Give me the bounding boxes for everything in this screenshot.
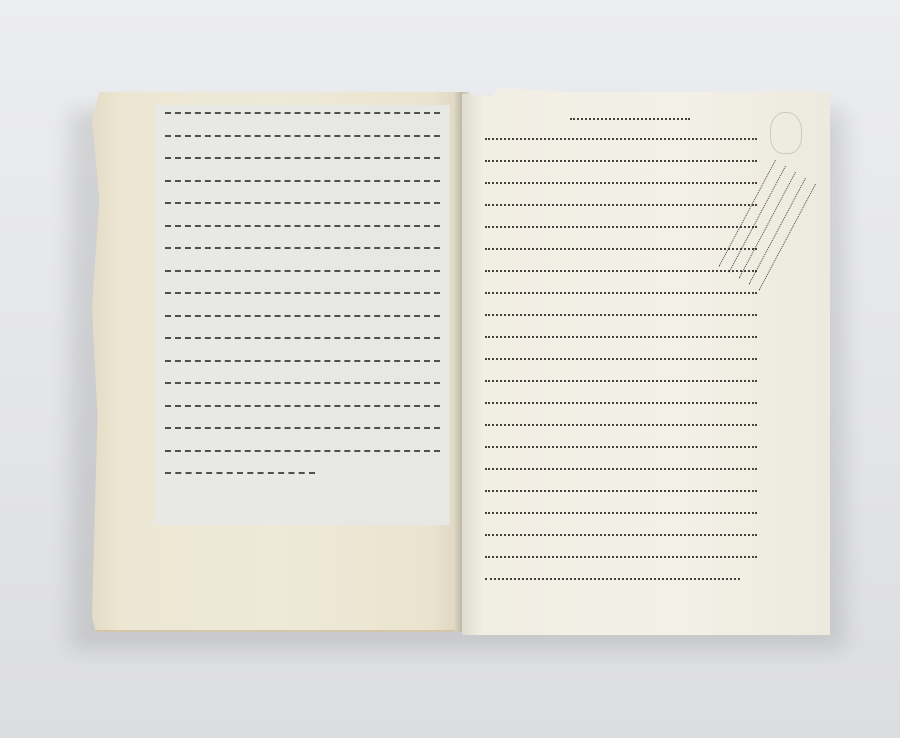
handwriting-line <box>485 270 757 274</box>
handwriting-line <box>485 380 757 384</box>
handwriting-line <box>485 314 757 318</box>
handwriting-line <box>485 138 757 142</box>
handwriting-line <box>485 468 757 472</box>
handwriting-line <box>165 292 440 296</box>
handwriting-line <box>165 472 315 476</box>
handwriting-line <box>485 402 757 406</box>
handwriting-line <box>165 450 440 454</box>
handwriting-line <box>485 556 757 560</box>
handwriting-line <box>485 182 757 186</box>
handwriting-line <box>165 337 440 341</box>
handwriting-line <box>485 292 757 296</box>
handwriting-line <box>165 360 440 364</box>
handwriting-line <box>485 424 757 428</box>
handwriting-line <box>165 270 440 274</box>
handwriting-line <box>165 202 440 206</box>
handwriting-line <box>485 248 757 252</box>
handwriting-line <box>485 336 757 340</box>
handwriting-line <box>165 157 440 161</box>
handwriting-line <box>485 226 757 230</box>
handwriting-line <box>485 512 757 516</box>
heading-line <box>570 118 690 122</box>
handwriting-line <box>165 135 440 139</box>
margin-annotation <box>770 150 840 300</box>
handwriting-line <box>165 427 440 431</box>
handwriting-line <box>165 382 440 386</box>
handwriting-line <box>485 160 757 164</box>
handwriting-line <box>165 247 440 251</box>
handwriting-line <box>165 315 440 319</box>
handwriting-line <box>485 534 757 538</box>
handwriting-line <box>485 578 740 582</box>
handwriting-line <box>165 112 440 116</box>
handwriting-line <box>485 358 757 362</box>
handwriting-line <box>485 446 757 450</box>
seal-stamp <box>770 112 802 154</box>
handwriting-line <box>485 490 757 494</box>
handwriting-line <box>165 405 440 409</box>
handwriting-line <box>165 180 440 184</box>
handwriting-line <box>165 225 440 229</box>
handwriting-line <box>485 204 757 208</box>
